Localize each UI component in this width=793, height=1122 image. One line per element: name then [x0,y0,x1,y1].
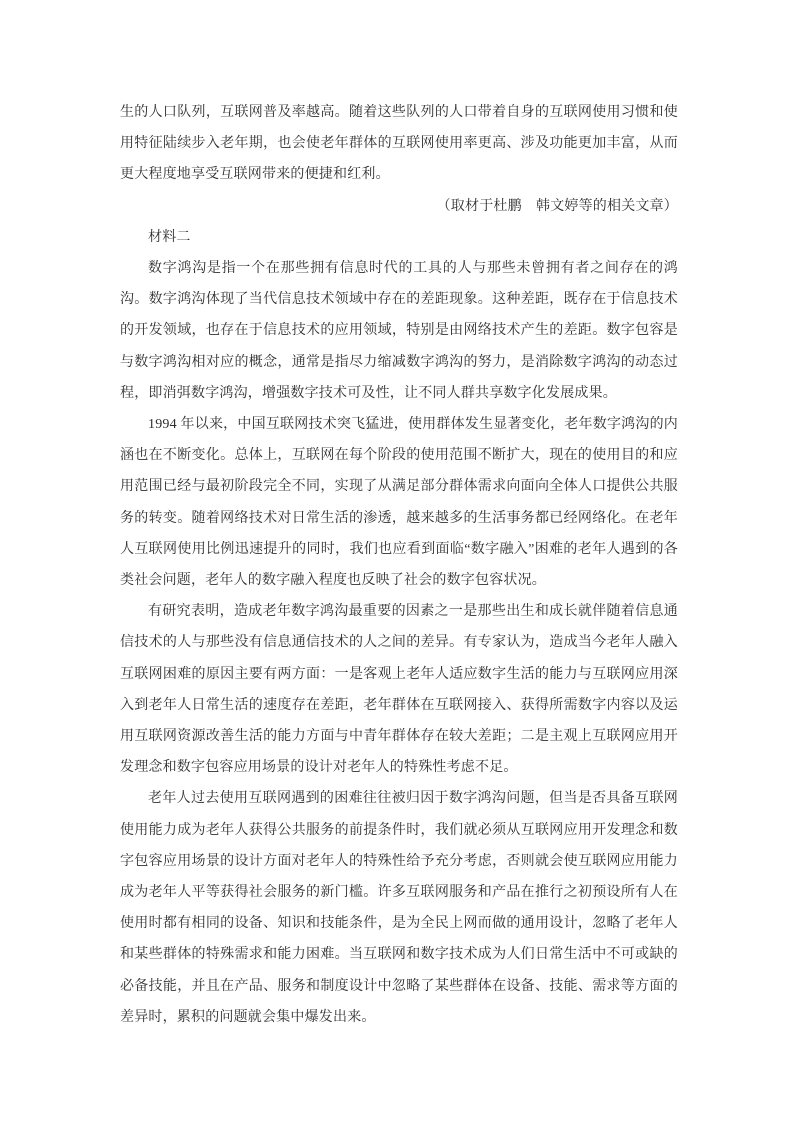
document-page: 生的人口队列，互联网普及率越高。随着这些队列的人口带着自身的互联网使用习惯和使用… [0,0,793,1122]
continuation-paragraph: 生的人口队列，互联网普及率越高。随着这些队列的人口带着自身的互联网使用习惯和使用… [120,97,678,191]
attribution-line: （取材于杜鹏 韩文婷等的相关文章） [120,191,678,222]
body-paragraph-2: 1994 年以来，中国互联网技术突飞猛进，使用群体发生显著变化，老年数字鸿沟的内… [120,409,678,596]
body-paragraph-4: 老年人过去使用互联网遇到的困难往往被归因于数字鸿沟问题，但当是否具备互联网使用能… [120,783,678,1033]
body-paragraph-3: 有研究表明，造成老年数字鸿沟最重要的因素之一是那些出生和成长就伴随着信息通信技术… [120,596,678,783]
document-content: 生的人口队列，互联网普及率越高。随着这些队列的人口带着自身的互联网使用习惯和使用… [120,97,678,1033]
section-heading-material-2: 材料二 [120,222,678,253]
body-paragraph-1: 数字鸿沟是指一个在那些拥有信息时代的工具的人与那些未曾拥有者之间存在的鸿沟。数字… [120,253,678,409]
